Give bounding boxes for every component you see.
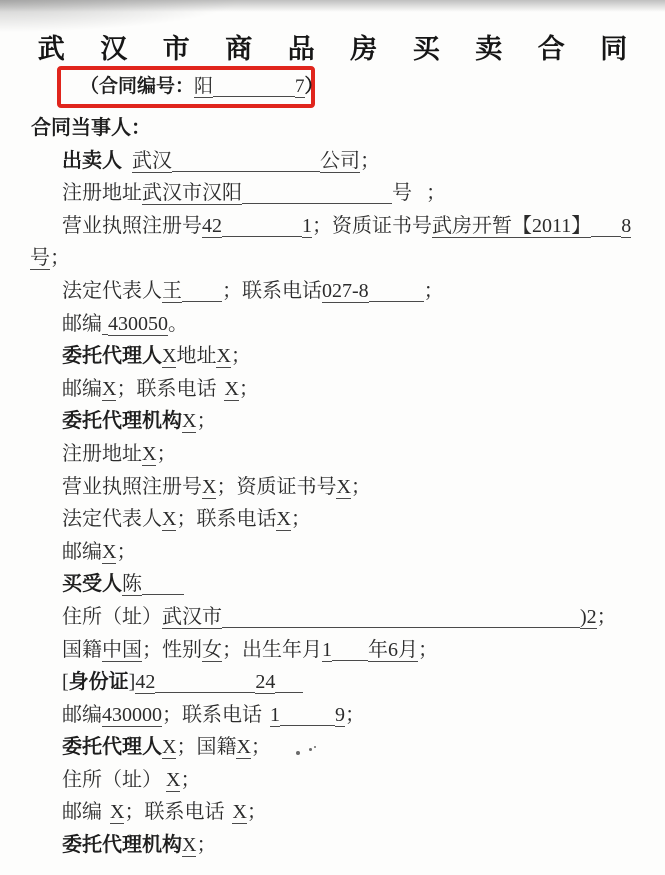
filled-blank: X [166, 769, 180, 792]
contract-line: 号； [0, 242, 665, 275]
contract-number-line: （合同编号：阳7） [80, 77, 324, 97]
contract-line: [身份证]4224 [0, 666, 665, 699]
filled-blank: 陈 [122, 573, 142, 596]
contract-line: 住所（址）X； [0, 764, 665, 797]
field-text: ； [424, 280, 444, 302]
contract-line: 合同当事人： [0, 112, 665, 145]
filled-blank: X [162, 345, 176, 368]
blank-underline [222, 216, 302, 237]
contract-line: 注册地址武汉市汉阳号； [0, 177, 665, 210]
blank-underline [275, 672, 303, 693]
contract-line: 国籍中国；性别女；出生年月1年6月； [0, 634, 665, 667]
field-label: 委托代理人 [62, 736, 162, 758]
blank-underline [332, 640, 368, 661]
field-text: ；资质证书号 [312, 215, 432, 237]
field-text: ； [116, 541, 136, 563]
field-text: 邮编 [62, 313, 102, 335]
field-label: 委托代理机构 [62, 410, 182, 432]
field-label: 委托代理人 [62, 345, 162, 367]
filled-blank: X [182, 410, 196, 433]
field-text: ； [360, 150, 380, 172]
filled-blank: 42 [135, 671, 155, 694]
field-text: ； [291, 508, 311, 530]
field-text: 注册地址 [62, 443, 142, 465]
filled-blank: )2 [580, 606, 597, 629]
contract-line: 委托代理机构X； [0, 405, 665, 438]
field-text: ；联系电话 [162, 704, 262, 726]
spacer [262, 706, 270, 726]
field-text: ； [231, 345, 251, 367]
filled-blank: 武汉 [132, 150, 172, 173]
field-text: ； [196, 410, 216, 432]
contract-line: 注册地址X； [0, 438, 665, 471]
field-label: 出卖人 [62, 150, 122, 172]
field-text: 住所（址） [62, 769, 162, 791]
field-label: （合同编号： [80, 76, 194, 97]
contract-body: 合同当事人：出卖人武汉公司；注册地址武汉市汉阳号；营业执照注册号421；资质证书… [0, 112, 665, 862]
filled-blank: 号 [30, 247, 50, 270]
filled-blank: X [142, 443, 156, 466]
field-text: ； [351, 476, 371, 498]
field-text: 号 [392, 182, 412, 204]
field-text: ； [239, 378, 259, 400]
contract-line: 邮编430000；联系电话19； [0, 699, 665, 732]
blank-underline [280, 705, 335, 726]
filled-blank: 9 [335, 704, 345, 727]
filled-blank: 42 [202, 215, 222, 238]
field-text: ；联系电话 [222, 280, 322, 302]
spacer [412, 184, 426, 204]
spacer [102, 803, 110, 823]
field-text: 法定代表人 [62, 280, 162, 302]
field-text: ；出生年月 [222, 639, 322, 661]
blank-underline [213, 77, 295, 97]
filled-blank: X [236, 736, 250, 759]
filled-blank: X [276, 508, 290, 531]
contract-line: 邮编430050。 [0, 308, 665, 341]
blank-underline [242, 183, 392, 204]
filled-blank: 公司 [320, 150, 360, 173]
field-text: 法定代表人 [62, 508, 162, 530]
field-text: ； [156, 443, 176, 465]
field-text: 注册地址 [62, 182, 142, 204]
field-text: ； [251, 736, 271, 758]
contract-line: 委托代理人X地址X； [0, 340, 665, 373]
contract-line: 营业执照注册号X；资质证书号X； [0, 471, 665, 504]
filled-blank: 武汉市 [162, 606, 222, 629]
filled-blank: 阳 [194, 76, 213, 98]
blank-underline [369, 281, 424, 302]
field-text: 邮编 [62, 704, 102, 726]
field-text: 国籍 [62, 639, 102, 661]
filled-blank: 8 [621, 215, 631, 238]
spacer [122, 152, 132, 172]
blank-underline [142, 574, 184, 595]
filled-blank: X [162, 508, 176, 531]
contract-number-highlight-box: （合同编号：阳7） [57, 66, 315, 108]
filled-blank: 027-8 [322, 280, 369, 303]
filled-blank: X [182, 834, 196, 857]
contract-line: 法定代表人X；联系电话X； [0, 503, 665, 536]
contract-line: 法定代表人王；联系电话027-8； [0, 275, 665, 308]
field-label: ） [305, 76, 324, 97]
filled-blank: 430000 [102, 704, 162, 727]
contract-line: 出卖人武汉公司； [0, 145, 665, 178]
field-text: ； [247, 801, 267, 823]
field-text: 营业执照注册号 [62, 215, 202, 237]
blank-underline [155, 672, 255, 693]
field-text: 营业执照注册号 [62, 476, 202, 498]
field-text: 邮编 [62, 541, 102, 563]
filled-blank: 430050 [108, 313, 168, 336]
field-label: 委托代理机构 [62, 834, 182, 856]
field-text: 邮编 [62, 378, 102, 400]
field-text: ； [50, 247, 70, 269]
filled-blank: 武汉市汉阳 [142, 182, 242, 205]
field-text: 住所（址） [62, 606, 162, 628]
filled-blank: 武房开暂【2011】 [432, 215, 591, 238]
field-text: ；联系电话 [176, 508, 276, 530]
contract-line: 邮编X； [0, 536, 665, 569]
ink-specks [296, 748, 326, 756]
filled-blank: X [162, 736, 176, 759]
field-text: ； [345, 704, 365, 726]
filled-blank: X [102, 541, 116, 564]
blank-underline [591, 216, 621, 237]
contract-line: 营业执照注册号421；资质证书号武房开暂【2011】8 [0, 210, 665, 243]
filled-blank: 女 [202, 639, 222, 662]
contract-line: 邮编X；联系电话X； [0, 373, 665, 406]
blank-underline [182, 281, 222, 302]
filled-blank: X [110, 801, 124, 824]
filled-blank: 7 [295, 76, 305, 98]
field-text: ； [196, 834, 216, 856]
filled-blank: X [202, 476, 216, 499]
field-text: ； [418, 639, 438, 661]
filled-blank: X [102, 378, 116, 401]
blank-underline [222, 607, 580, 628]
field-label: 合同当事人： [31, 117, 151, 139]
contract-line: 买受人陈 [0, 568, 665, 601]
field-text: 地址 [176, 345, 216, 367]
field-text: ；资质证书号 [216, 476, 336, 498]
document-title: 武 汉 市 商 品 房 买 卖 合 同 [0, 27, 665, 66]
filled-blank: 中国 [102, 639, 142, 662]
field-text: 。 [168, 313, 188, 335]
contract-line: 邮编X；联系电话X； [0, 796, 665, 829]
field-text: [ [62, 671, 69, 693]
field-text: ； [426, 182, 446, 204]
filled-blank: 王 [162, 280, 182, 303]
field-text: ；国籍 [176, 736, 236, 758]
filled-blank: X [336, 476, 350, 499]
contract-line: 委托代理机构X； [0, 829, 665, 862]
field-text: ；性别 [142, 639, 202, 661]
filled-blank: 1 [322, 639, 332, 662]
field-text: ； [597, 606, 617, 628]
filled-blank: 年6月 [368, 639, 418, 662]
filled-blank: X [232, 801, 246, 824]
filled-blank: X [224, 378, 238, 401]
contract-line: 住所（址）武汉市)2； [0, 601, 665, 634]
field-text: ；联系电话 [116, 378, 216, 400]
field-label: 买受人 [62, 573, 122, 595]
contract-line: 委托代理人X；国籍X； [0, 731, 665, 764]
filled-blank: 1 [270, 704, 280, 727]
field-text: ；联系电话 [124, 801, 224, 823]
contract-document-page: 武 汉 市 商 品 房 买 卖 合 同 （合同编号：阳7） 合同当事人：出卖人武… [0, 0, 665, 875]
field-label: 身份证 [69, 671, 129, 693]
filled-blank: 24 [255, 671, 275, 694]
field-text: 邮编 [62, 801, 102, 823]
filled-blank: X [216, 345, 230, 368]
blank-underline [172, 151, 320, 172]
filled-blank: 1 [302, 215, 312, 238]
field-text: ； [180, 769, 200, 791]
